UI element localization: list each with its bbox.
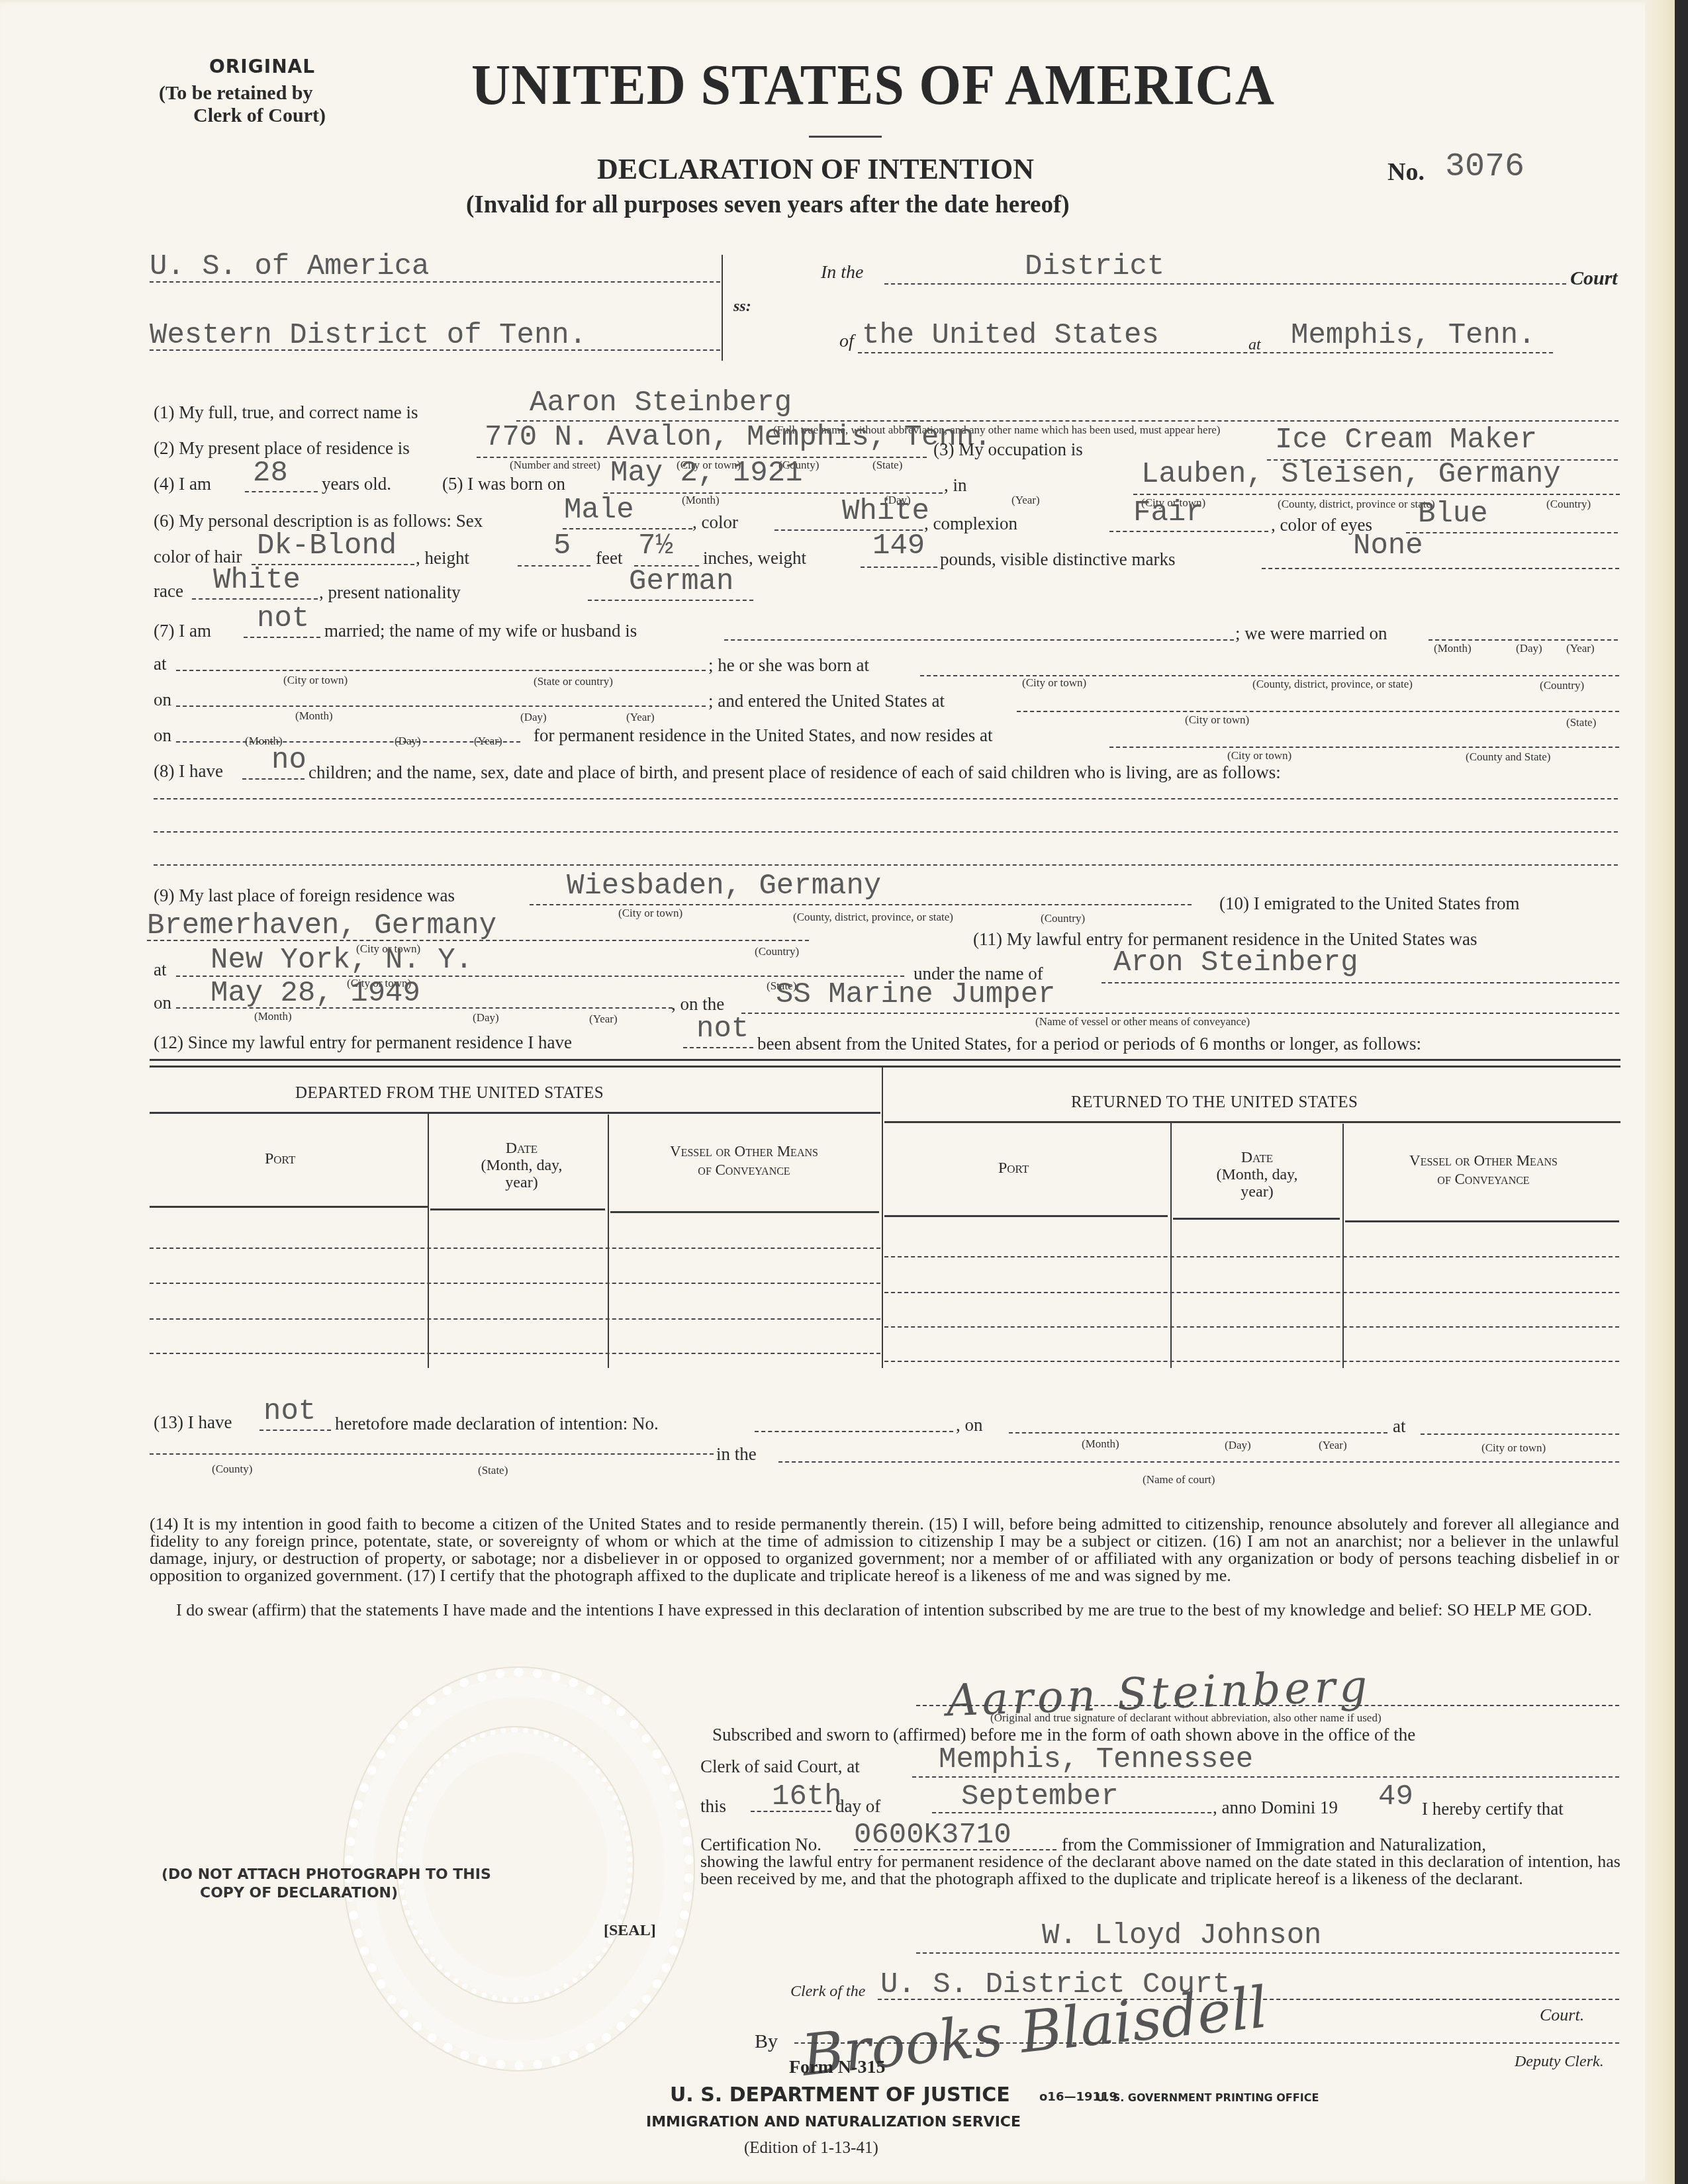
clerk-of-label: Clerk of the [790,1983,865,2001]
hint-country: (Country) [1540,679,1584,692]
race-label: race [154,581,183,602]
color-label: , color [692,512,738,533]
page-title: UNITED STATES OF AMERICA [471,53,1275,118]
emigrated-from: Bremerhaven, Germany [147,909,496,942]
in-the-label: in the [716,1444,757,1465]
in-the-label: In the [821,262,864,283]
hint-city: (City or town) [1185,713,1249,727]
clerk-at-label: Clerk of said Court, at [700,1756,860,1777]
hint-year: (Year) [589,1013,618,1026]
hint-month: (Month) [1434,642,1472,655]
feet-label: feet [596,548,622,569]
table-row [150,1318,880,1320]
children-line-1 [154,798,1618,799]
item13-label: (13) I have [154,1412,232,1433]
children-line-3 [154,864,1618,866]
hint-county-district: (County, district, province, or state) [793,911,953,924]
hair-value: Dk-Blond [257,529,397,563]
at-label: at [154,960,167,980]
col-port-returned: Port [998,1160,1029,1177]
color-value: White [842,495,929,528]
hint-month: (Month) [254,1010,292,1023]
col-date-returned: Date (Month, day, year) [1173,1149,1341,1201]
hint-county-district: (County, district, province, or state) [1252,678,1413,691]
occupation: Ice Cream Maker [1275,424,1537,457]
col-date-sub2: year) [1173,1183,1341,1201]
prior-number-field [755,1431,953,1432]
item8-label: (8) I have [154,761,223,782]
hint-city: (City or town) [1227,749,1291,762]
on-label: on [154,993,171,1013]
height-label: , height [416,548,469,569]
hint-country: (Country) [755,945,799,958]
item2-label: (2) My present place of residence is [154,438,410,459]
permanent-residence-label: for permanent residence in the United St… [534,725,993,746]
marks-label: pounds, visible distinctive marks [940,549,1175,570]
entry-name: Aron Steinberg [1113,946,1358,979]
form-number: Form N-315 [789,2057,885,2078]
invalid-note: (Invalid for all purposes seven years af… [466,191,1070,219]
table-row [150,1283,880,1284]
document-page: ORIGINAL (To be retained by Clerk of Cou… [0,0,1675,2184]
of-label: of [839,331,854,352]
original-label: ORIGINAL [209,56,315,77]
col-vessel-line2: of Conveyance [612,1161,876,1179]
venue-district: Western District of Tenn. [150,319,586,352]
item1-label: (1) My full, true, and correct name is [154,402,418,423]
residence: 770 N. Avalon, Memphis, Tenn. [485,421,992,454]
col-date-title: Date [437,1140,606,1157]
deputy-clerk-label: Deputy Clerk. [1515,2053,1604,2071]
table-divider [882,1067,883,1368]
hint-city: (City or town) [283,674,348,687]
hint-country: (Country) [1041,912,1085,925]
table-row [150,1248,880,1249]
col-date-title: Date [1173,1149,1341,1166]
hint-year: (Year) [1319,1439,1347,1452]
hint-day: (Day) [395,735,421,748]
department-name: U. S. DEPARTMENT OF JUSTICE [670,2083,1010,2107]
vessel-label: , on the [671,994,724,1015]
vessel-name: SS Marine Jumper [776,978,1055,1011]
hint-month: (Month) [1082,1437,1119,1451]
birth-place: Lauben, Sleisen, Germany [1141,458,1561,491]
item10-label: (10) I emigrated to the United States fr… [1219,893,1520,914]
col-date-sub2: year) [437,1174,606,1191]
court-type: District [1025,250,1164,283]
departed-title: DEPARTED FROM THE UNITED STATES [295,1084,604,1103]
height-inches: 7½ [638,529,673,563]
at-label: at [154,654,167,674]
absence-description-label: been absent from the United States, for … [757,1034,1421,1054]
children-line-2 [154,831,1618,833]
hint-city: (City or town) [1022,676,1086,690]
entered-us-label: ; and entered the United States at [708,691,945,711]
race-value: White [213,564,301,597]
eyes-value: Blue [1418,498,1488,531]
hint-day: (Day) [520,711,547,724]
hint-year: (Year) [626,711,655,724]
clerk-name: W. Lloyd Johnson [1042,1919,1321,1952]
number-label: No. [1387,158,1425,187]
children-value: no [271,744,306,777]
court-location: Memphis, Tenn. [1291,319,1536,352]
table-row [150,1353,880,1354]
in-label: , in [944,475,967,496]
at-label: at [1248,336,1261,354]
hint-state-country: (State or country) [534,675,613,688]
service-name: IMMIGRATION AND NATURALIZATION SERVICE [646,2114,1021,2130]
col-vessel: Vessel or Other Means of Conveyance [612,1142,876,1179]
clerk-location: Memphis, Tennessee [939,1743,1253,1776]
hint-month: (Month) [682,494,720,507]
spouse-name-label: married; the name of my wife or husband … [324,621,637,641]
item7-label: (7) I am [154,621,211,641]
declaration-number: 3076 [1445,148,1524,186]
court-label: Court. [1540,2005,1584,2025]
col-vessel-returned: Vessel or Other Means of Conveyance [1346,1152,1620,1189]
hint-vessel: (Name of vessel or other means of convey… [1035,1015,1250,1028]
retained-note-line1: (To be retained by [159,82,313,105]
hint-day: (Day) [1516,642,1542,655]
table-row [884,1292,1619,1293]
sex-value: Male [564,494,634,527]
complexion-label: , complexion [924,514,1017,534]
hint-court-name: (Name of court) [1143,1473,1215,1486]
item3-label: (3) My occupation is [933,439,1083,460]
hint-month: (Month) [295,709,333,723]
returned-title: RETURNED TO THE UNITED STATES [1071,1093,1358,1112]
oath-year: 49 [1378,1780,1413,1813]
on-label: on [154,725,171,746]
certification-number: 0600K3710 [854,1819,1011,1852]
hint-city: (City or town) [1481,1441,1546,1455]
item9-label: (9) My last place of foreign residence w… [154,886,455,906]
hint-county-district: (County, district, province or state) [1278,498,1435,511]
on-label: , on [956,1415,983,1435]
title-rule [809,136,882,138]
oath-day: 16th [772,1780,842,1813]
printer-name: U. S. GOVERNMENT PRINTING OFFICE [1096,2091,1319,2104]
table-row [884,1361,1619,1362]
anno-domini-label: , anno Domini 19 [1213,1797,1338,1818]
this-label: this [700,1796,726,1817]
entry-date: May 28, 1949 [211,977,420,1010]
item5-label: (5) I was born on [442,474,565,494]
on-label: on [154,690,171,710]
seal-label: [SEAL] [604,1922,656,1940]
court-of: the United States [862,319,1159,352]
venue-country: U. S. of America [150,250,429,283]
weight-value: 149 [872,529,925,563]
hint-state: (State) [478,1464,508,1477]
col-date: Date (Month, day, year) [437,1140,606,1191]
hint-year: (Year) [1011,494,1040,507]
full-name: Aaron Steinberg [530,387,792,420]
photo-note-line2: COPY OF DECLARATION) [200,1885,398,1901]
prior-declaration-value: not [263,1395,316,1428]
married-value: not [257,602,309,635]
spouse-name-field [724,639,1234,641]
hint-number-street: (Number and street) [510,459,600,472]
married-on-label: ; we were married on [1235,623,1387,644]
oath-paragraph: (14) It is my intention in good faith to… [150,1516,1619,1584]
oath-month: September [961,1780,1119,1813]
absent-value: not [696,1013,749,1046]
col-vessel-line2: of Conveyance [1346,1170,1620,1189]
hint-day: (Day) [1225,1439,1251,1452]
height-feet: 5 [553,529,571,563]
prior-declaration-label: heretofore made declaration of intention… [335,1414,659,1434]
item12-label: (12) Since my lawful entry for permanent… [154,1032,572,1053]
age: 28 [253,457,288,490]
signature-hint: (Original and true signature of declaran… [990,1711,1382,1725]
children-description-label: children; and the name, sex, date and pl… [308,762,1281,783]
hint-year: (Year) [474,735,502,748]
col-port: Port [265,1150,295,1168]
ss-brace [722,255,723,361]
last-foreign-residence: Wiesbaden, Germany [567,870,881,903]
table-row [884,1326,1619,1328]
subscribed-label: Subscribed and sworn to (affirmed) befor… [712,1725,1415,1745]
edition-note: (Edition of 1-13-41) [744,2139,878,2158]
col-vessel-line1: Vessel or Other Means [612,1142,876,1161]
entry-port: New York, N. Y. [211,944,473,977]
birth-date: May 2, 1921 [610,457,802,490]
retained-note-line2: Clerk of Court) [193,105,326,127]
col-date-sub1: (Month, day, [1173,1166,1341,1183]
hint-day: (Day) [473,1011,499,1024]
hint-state: (State) [1566,716,1596,729]
at-label: at [1393,1416,1406,1437]
court-label: Court [1570,267,1618,290]
item4-label: (4) I am [154,474,211,494]
hint-county-state: (County and State) [1466,751,1550,764]
hint-state: (State) [872,459,902,472]
paper-edge [1645,0,1675,2184]
ss-label: ss: [733,298,751,316]
complexion-value: Fair [1133,496,1203,529]
hint-year: (Year) [1566,642,1595,655]
certification-text-b: showing the lawful entry for permanent r… [700,1853,1620,1888]
embossed-seal-inner [397,1727,633,2003]
photo-note-line1: (DO NOT ATTACH PHOTOGRAPH TO THIS [162,1866,491,1883]
day-of-label: day of [835,1796,880,1817]
table-row [884,1256,1619,1257]
hint-city: (City or town) [618,907,682,920]
col-vessel-line1: Vessel or Other Means [1346,1152,1620,1170]
marks-value: None [1353,529,1423,563]
swear-paragraph: I do swear (affirm) that the statements … [150,1602,1619,1619]
certify-label: I hereby certify that [1422,1799,1564,1819]
nationality-label: , present nationality [319,582,461,603]
col-date-sub1: (Month, day, [437,1157,606,1174]
born-at-label: ; he or she was born at [708,655,869,676]
item6-label: (6) My personal description is as follow… [154,511,483,531]
years-old-label: years old. [322,474,391,494]
hint-county: (County) [212,1463,252,1476]
hint-country: (Country) [1546,498,1591,511]
nationality-value: German [629,565,733,598]
by-label: By [755,2030,778,2053]
form-subtitle: DECLARATION OF INTENTION [597,152,1034,186]
